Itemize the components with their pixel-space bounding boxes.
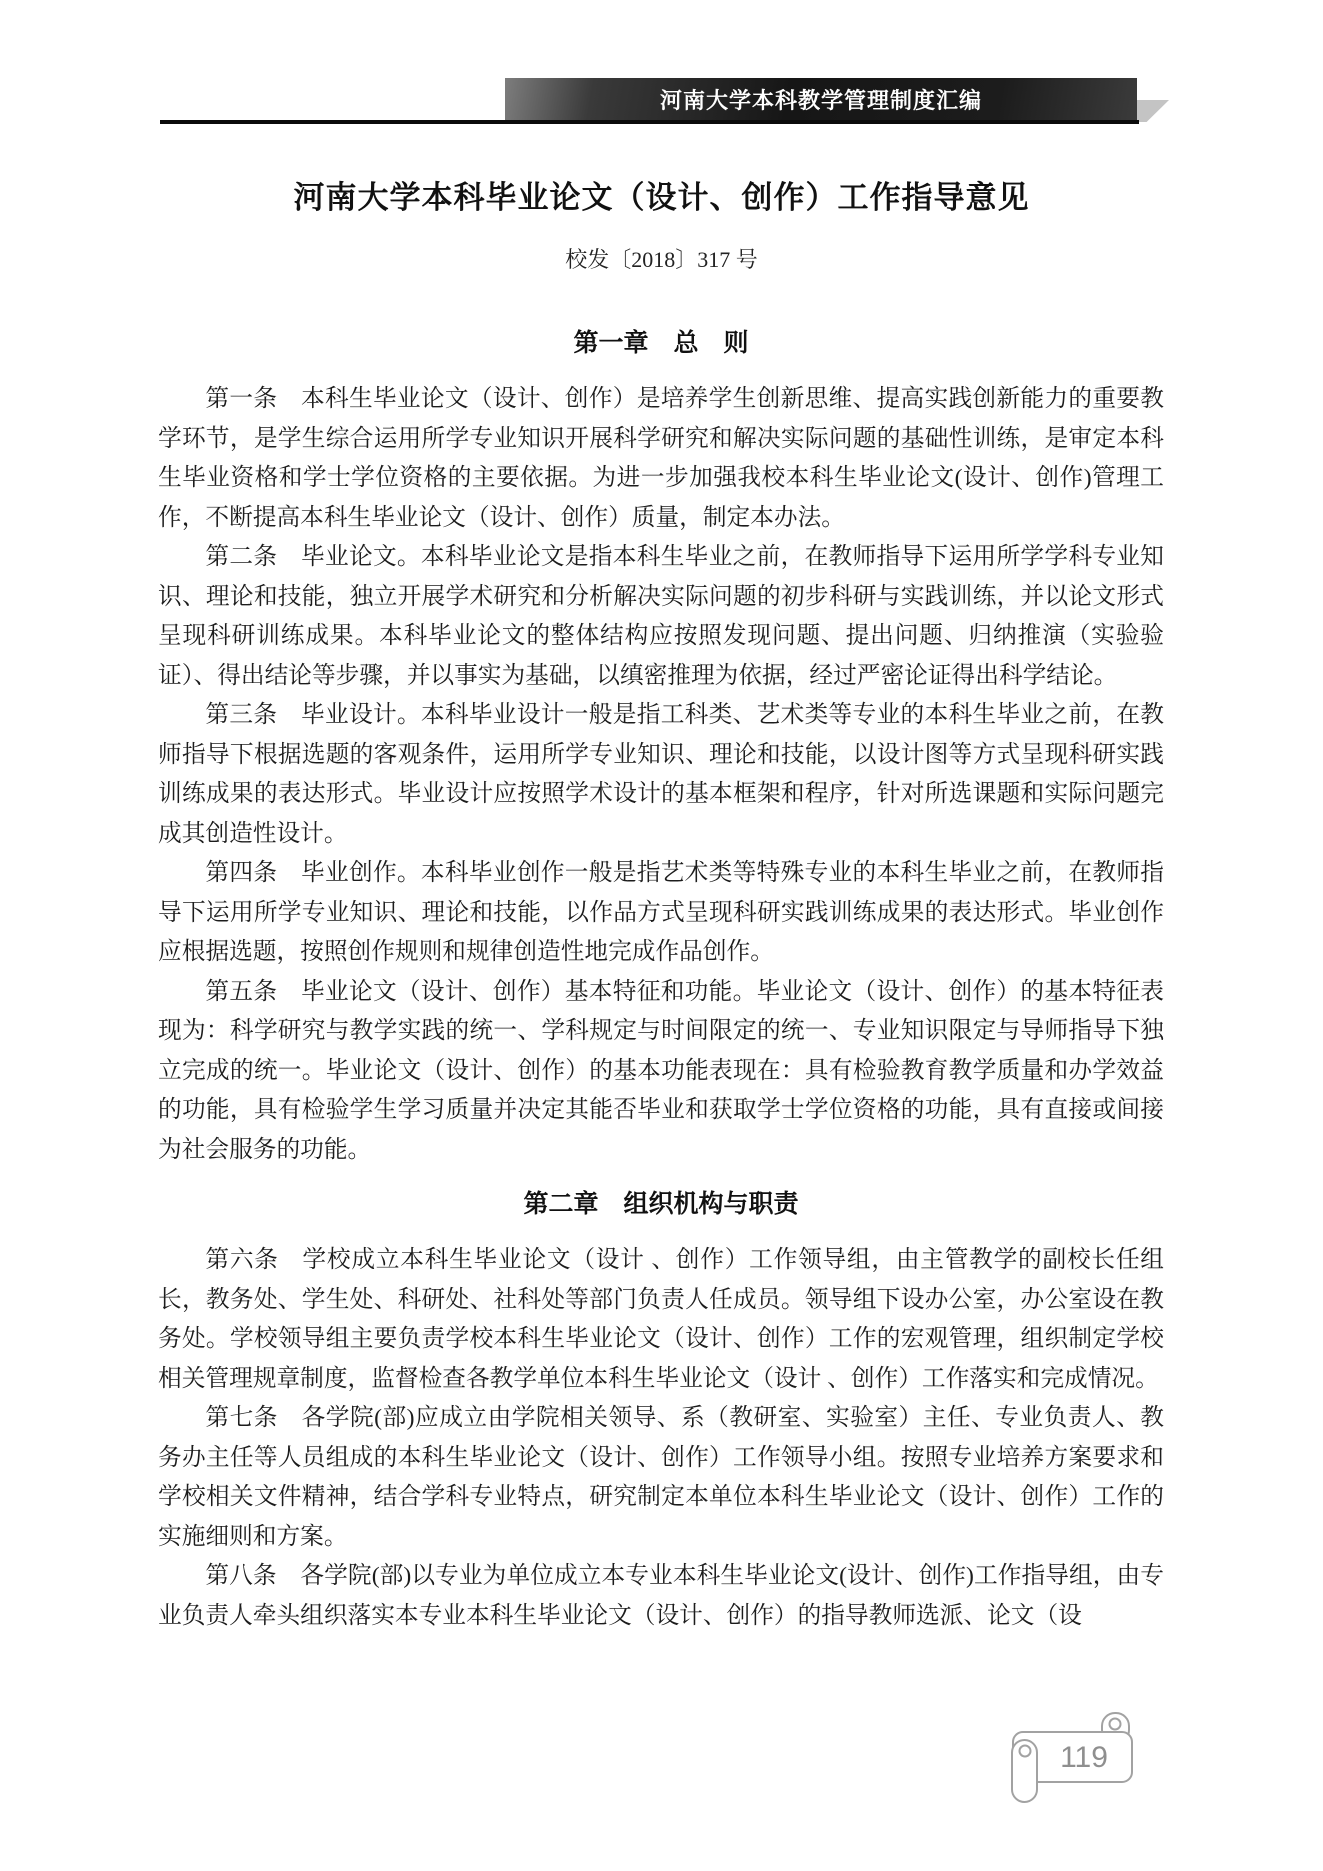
article-paragraph: 第二条毕业论文。本科毕业论文是指本科生毕业之前，在教师指导下运用所学学科专业知识…	[158, 538, 1164, 696]
article-label: 第一条	[205, 386, 277, 412]
scroll-icon: 119	[1000, 1708, 1140, 1808]
chapter-2-heading: 第二章 组织机构与职责	[158, 1184, 1164, 1224]
doc-number: 校发〔2018〕317 号	[0, 243, 1323, 274]
article-label: 第六条	[205, 1247, 278, 1273]
article-text: 毕业论文。本科毕业论文是指本科生毕业之前，在教师指导下运用所学学科专业知识、理论…	[158, 544, 1164, 689]
article-label: 第八条	[205, 1563, 276, 1589]
article-paragraph: 第三条毕业设计。本科毕业设计一般是指工科类、艺术类等专业的本科生毕业之前，在教师…	[158, 696, 1164, 854]
banner-shadow-wedge	[1137, 100, 1169, 122]
chapter-1-heading: 第一章 总 则	[158, 323, 1164, 363]
article-paragraph: 第四条毕业创作。本科毕业创作一般是指艺术类等特殊专业的本科生毕业之前，在教师指导…	[158, 854, 1164, 973]
article-text: 本科生毕业论文（设计、创作）是培养学生创新思维、提高实践创新能力的重要教学环节，…	[158, 386, 1164, 531]
article-text: 毕业创作。本科毕业创作一般是指艺术类等特殊专业的本科生毕业之前，在教师指导下运用…	[158, 860, 1164, 965]
header-banner: 河南大学本科教学管理制度汇编	[505, 78, 1137, 120]
article-text: 毕业设计。本科毕业设计一般是指工科类、艺术类等专业的本科生毕业之前，在教师指导下…	[158, 702, 1164, 847]
document-body: 第一章 总 则 第一条本科生毕业论文（设计、创作）是培养学生创新思维、提高实践创…	[158, 323, 1164, 1636]
article-paragraph: 第六条学校成立本科生毕业论文（设计 、创作）工作领导组，由主管教学的副校长任组长…	[158, 1241, 1164, 1399]
article-paragraph: 第五条毕业论文（设计、创作）基本特征和功能。毕业论文（设计、创作）的基本特征表现…	[158, 973, 1164, 1171]
article-text: 学校成立本科生毕业论文（设计 、创作）工作领导组，由主管教学的副校长任组长，教务…	[158, 1247, 1164, 1392]
article-label: 第五条	[205, 979, 277, 1005]
article-text: 各学院(部)以专业为单位成立本专业本科生毕业论文(设计、创作)工作指导组，由专业…	[158, 1563, 1164, 1629]
article-paragraph: 第八条各学院(部)以专业为单位成立本专业本科生毕业论文(设计、创作)工作指导组，…	[158, 1557, 1164, 1636]
article-paragraph: 第一条本科生毕业论文（设计、创作）是培养学生创新思维、提高实践创新能力的重要教学…	[158, 380, 1164, 538]
article-text: 各学院(部)应成立由学院相关领导、系（教研室、实验室）主任、专业负责人、教务办主…	[158, 1405, 1164, 1550]
document-page: 河南大学本科教学管理制度汇编 河南大学本科毕业论文（设计、创作）工作指导意见 校…	[0, 0, 1323, 1871]
article-paragraph: 第七条各学院(部)应成立由学院相关领导、系（教研室、实验室）主任、专业负责人、教…	[158, 1399, 1164, 1557]
article-label: 第七条	[205, 1405, 278, 1431]
page-number: 119	[1060, 1741, 1108, 1774]
article-label: 第三条	[205, 702, 277, 728]
page-number-scroll: 119	[1000, 1708, 1140, 1808]
compilation-title: 河南大学本科教学管理制度汇编	[660, 84, 982, 115]
article-label: 第四条	[205, 860, 277, 886]
article-label: 第二条	[205, 544, 277, 570]
article-text: 毕业论文（设计、创作）基本特征和功能。毕业论文（设计、创作）的基本特征表现为：科…	[158, 979, 1164, 1163]
page-title: 河南大学本科毕业论文（设计、创作）工作指导意见	[0, 172, 1323, 217]
header-rule	[160, 120, 1139, 124]
